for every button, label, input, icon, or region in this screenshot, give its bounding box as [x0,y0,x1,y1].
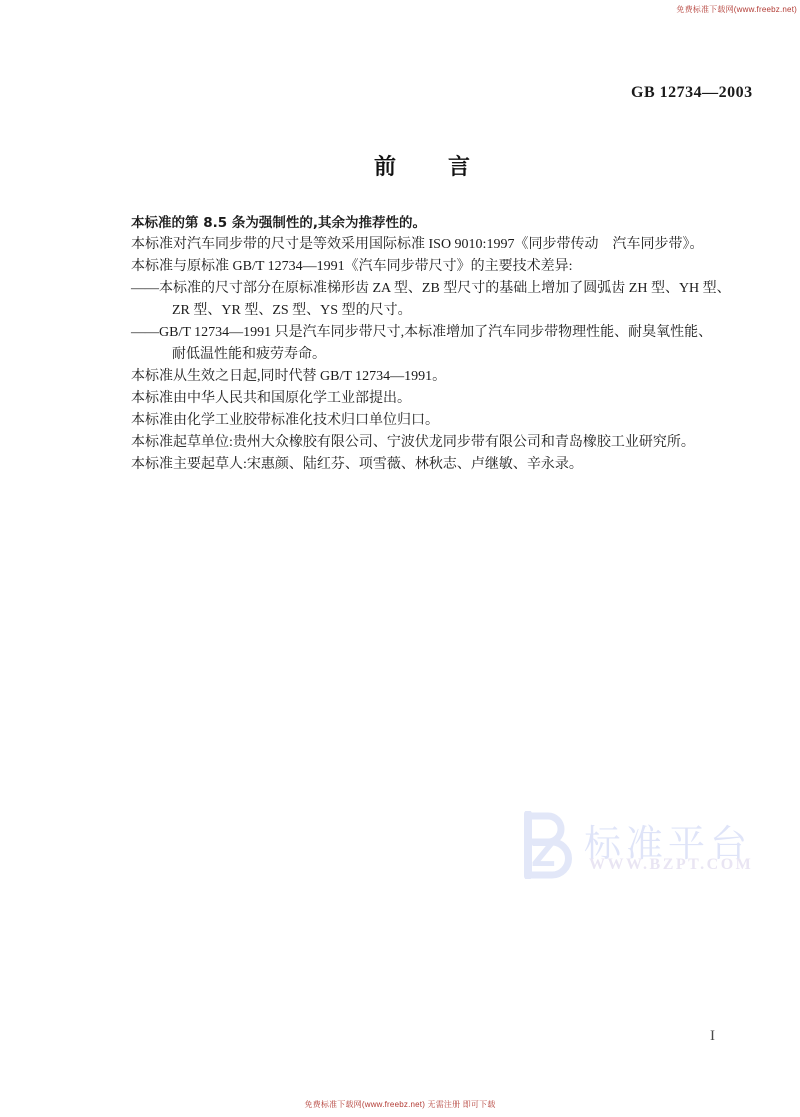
foreword-line: 耐低温性能和疲劳寿命。 [131,344,731,366]
foreword-line: ZR 型、YR 型、ZS 型、YS 型的尺寸。 [131,300,731,322]
foreword-line: 本标准由化学工业胶带标准化技术归口单位归口。 [131,410,731,432]
foreword-line: 本标准由中华人民共和国原化学工业部提出。 [131,388,731,410]
standard-number: GB 12734—2003 [631,84,753,102]
foreword-line: 本标准从生效之日起,同时代替 GB/T 12734—1991。 [131,366,731,388]
foreword-line: 本标准对汽车同步带的尺寸是等效采用国际标准 ISO 9010:1997《同步带传… [131,234,731,256]
top-download-watermark: 免费标准下载网(www.freebz.net) [676,4,797,15]
foreword-line: ——本标准的尺寸部分在原标准梯形齿 ZA 型、ZB 型尺寸的基础上增加了圆弧齿 … [131,278,731,300]
page-title: 前言 [131,150,713,181]
foreword-body: 本标准的第 8.5 条为强制性的,其余为推荐性的。 本标准对汽车同步带的尺寸是等… [131,212,731,476]
document-page: 免费标准下载网(www.freebz.net) GB 12734—2003 前言… [0,0,800,1117]
foreword-line: 本标准主要起草人:宋惠颜、陆红芬、项雪薇、林秋志、卢继敏、辛永录。 [131,454,731,476]
bzpt-watermark: Z 标准平台 WWW.BZPT.COM [518,795,748,905]
foreword-line: 本标准的第 8.5 条为强制性的,其余为推荐性的。 [131,212,731,234]
bzpt-site-url: WWW.BZPT.COM [589,856,753,874]
title-char-2: 言 [448,150,470,181]
bzpt-logo-icon: Z [518,811,582,879]
foreword-line: 本标准与原标准 GB/T 12734—1991《汽车同步带尺寸》的主要技术差异: [131,256,731,278]
title-char-1: 前 [374,150,396,181]
bottom-download-watermark: 免费标准下载网(www.freebz.net) 无需注册 即可下载 [0,1099,800,1110]
foreword-line: 本标准起草单位:贵州大众橡胶有限公司、宁波伏龙同步带有限公司和青岛橡胶工业研究所… [131,432,731,454]
svg-text:Z: Z [531,835,556,875]
bzpt-brand-text: 标准平台 [584,813,752,867]
page-number: I [710,1028,715,1045]
foreword-line: ——GB/T 12734—1991 只是汽车同步带尺寸,本标准增加了汽车同步带物… [131,322,731,344]
